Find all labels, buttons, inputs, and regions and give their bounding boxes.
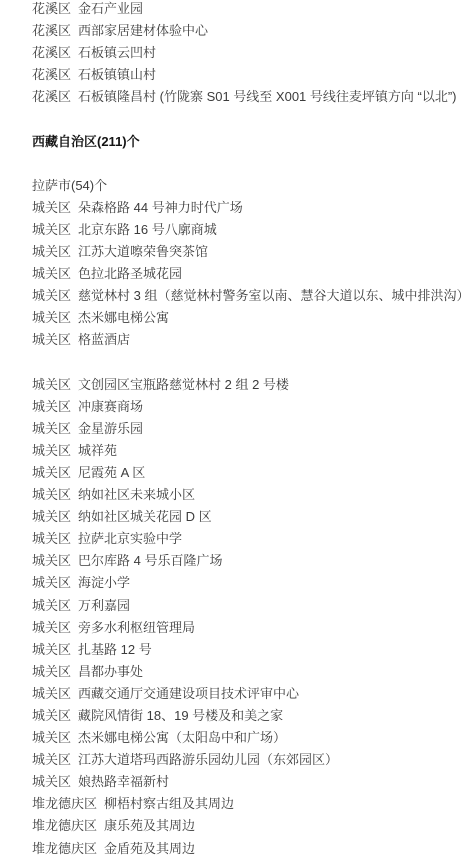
place-label: 藏院风情街 18、19 号楼及和美之家	[78, 708, 283, 723]
list-item: 城关区江苏大道嚓荣鲁突茶馆	[32, 241, 462, 263]
place-label: 杰米娜电梯公寓（太阳岛中和广场）	[78, 730, 286, 745]
province-header: 西藏自治区(211)个	[32, 131, 462, 153]
district-label: 堆龙德庆区	[32, 841, 97, 856]
place-label: 石板镇镇山村	[78, 67, 156, 82]
district-label: 堆龙德庆区	[32, 818, 97, 833]
list-item: 城关区格蓝酒店	[32, 329, 462, 351]
place-label: 康乐苑及其周边	[104, 818, 195, 833]
place-label: 江苏大道嚓荣鲁突茶馆	[78, 244, 208, 259]
place-label: 金星游乐园	[78, 421, 143, 436]
place-label: 西部家居建材体验中心	[78, 23, 208, 38]
district-label: 城关区	[32, 774, 71, 789]
list-item: 花溪区金石产业园	[32, 0, 462, 20]
district-label: 城关区	[32, 443, 71, 458]
place-label: 杰米娜电梯公寓	[78, 310, 169, 325]
list-item: 城关区杰米娜电梯公寓	[32, 307, 462, 329]
district-label: 花溪区	[32, 67, 71, 82]
list-item: 城关区海淀小学	[32, 572, 462, 594]
place-label: 旁多水利枢纽管理局	[78, 620, 195, 635]
district-label: 城关区	[32, 377, 71, 392]
place-label: 冲康赛商场	[78, 399, 143, 414]
place-label: 海淀小学	[78, 575, 130, 590]
blank-line	[32, 108, 462, 130]
district-label: 花溪区	[32, 45, 71, 60]
district-label: 城关区	[32, 575, 71, 590]
city-header: 拉萨市(54)个	[32, 175, 462, 197]
place-label: 拉萨北京实验中学	[78, 531, 182, 546]
place-label: 柳梧村察古组及其周边	[104, 796, 234, 811]
district-label: 城关区	[32, 399, 71, 414]
place-label: 西藏交通厅交通建设项目技术评审中心	[78, 686, 299, 701]
list-item: 城关区纳如社区未来城小区	[32, 484, 462, 506]
list-item: 花溪区西部家居建材体验中心	[32, 20, 462, 42]
place-label: 金盾苑及其周边	[104, 841, 195, 856]
place-label: 文创园区宝瓶路慈觉林村 2 组 2 号楼	[78, 377, 289, 392]
place-label: 慈觉林村 3 组（慈觉林村警务室以南、慧谷大道以东、城中排洪沟）	[78, 288, 462, 303]
list-item: 堆龙德庆区金盾苑及其周边	[32, 838, 462, 860]
district-label: 城关区	[32, 310, 71, 325]
blank-line	[32, 352, 462, 374]
list-item: 堆龙德庆区康乐苑及其周边	[32, 815, 462, 837]
district-label: 城关区	[32, 487, 71, 502]
place-label: 色拉北路圣城花园	[78, 266, 182, 281]
place-label: 纳如社区城关花园 D 区	[78, 509, 212, 524]
list-item: 城关区纳如社区城关花园 D 区	[32, 506, 462, 528]
district-label: 花溪区	[32, 23, 71, 38]
place-label: 北京东路 16 号八廓商城	[78, 222, 217, 237]
district-label: 城关区	[32, 531, 71, 546]
district-label: 城关区	[32, 421, 71, 436]
list-item: 城关区金星游乐园	[32, 418, 462, 440]
district-label: 城关区	[32, 288, 71, 303]
place-label: 格蓝酒店	[78, 332, 130, 347]
list-item: 城关区拉萨北京实验中学	[32, 528, 462, 550]
list-item: 城关区巴尔库路 4 号乐百隆广场	[32, 550, 462, 572]
list-item: 城关区北京东路 16 号八廓商城	[32, 219, 462, 241]
place-label: 江苏大道塔玛西路游乐园幼儿园（东郊园区）	[78, 752, 338, 767]
district-label: 城关区	[32, 730, 71, 745]
place-label: 扎基路 12 号	[78, 642, 152, 657]
list-item: 城关区文创园区宝瓶路慈觉林村 2 组 2 号楼	[32, 374, 462, 396]
place-label: 万利嘉园	[78, 598, 130, 613]
place-label: 朵森格路 44 号神力时代广场	[78, 200, 243, 215]
district-label: 城关区	[32, 553, 71, 568]
district-label: 花溪区	[32, 89, 71, 104]
district-label: 堆龙德庆区	[32, 796, 97, 811]
district-label: 城关区	[32, 686, 71, 701]
place-label: 尼霞苑 A 区	[78, 465, 145, 480]
place-label: 城祥苑	[78, 443, 117, 458]
district-label: 城关区	[32, 200, 71, 215]
district-label: 城关区	[32, 664, 71, 679]
list-item: 堆龙德庆区柳梧村察古组及其周边	[32, 793, 462, 815]
list-item: 城关区万利嘉园	[32, 595, 462, 617]
list-item: 城关区杰米娜电梯公寓（太阳岛中和广场）	[32, 727, 462, 749]
place-label: 巴尔库路 4 号乐百隆广场	[78, 553, 222, 568]
list-item: 城关区扎基路 12 号	[32, 639, 462, 661]
list-item: 城关区娘热路幸福新村	[32, 771, 462, 793]
list-item: 花溪区石板镇隆昌村 (竹陇寨 S01 号线至 X001 号线往麦坪镇方向 “以北…	[32, 86, 462, 108]
district-label: 城关区	[32, 620, 71, 635]
place-label: 昌都办事处	[78, 664, 143, 679]
district-label: 城关区	[32, 244, 71, 259]
list-item: 城关区西藏交通厅交通建设项目技术评审中心	[32, 683, 462, 705]
list-item: 城关区城祥苑	[32, 440, 462, 462]
district-label: 城关区	[32, 509, 71, 524]
district-label: 城关区	[32, 642, 71, 657]
list-item: 城关区朵森格路 44 号神力时代广场	[32, 197, 462, 219]
place-label: 娘热路幸福新村	[78, 774, 169, 789]
list-item: 城关区慈觉林村 3 组（慈觉林村警务室以南、慧谷大道以东、城中排洪沟）	[32, 285, 462, 307]
list-item: 花溪区石板镇云凹村	[32, 42, 462, 64]
list-item: 城关区江苏大道塔玛西路游乐园幼儿园（东郊园区）	[32, 749, 462, 771]
district-label: 城关区	[32, 708, 71, 723]
district-label: 花溪区	[32, 1, 71, 16]
list-item: 城关区色拉北路圣城花园	[32, 263, 462, 285]
blank-line	[32, 153, 462, 175]
district-label: 城关区	[32, 465, 71, 480]
list-item: 城关区昌都办事处	[32, 661, 462, 683]
district-label: 城关区	[32, 266, 71, 281]
place-label: 石板镇云凹村	[78, 45, 156, 60]
list-item: 城关区旁多水利枢纽管理局	[32, 617, 462, 639]
list-item: 城关区冲康赛商场	[32, 396, 462, 418]
list-item: 城关区藏院风情街 18、19 号楼及和美之家	[32, 705, 462, 727]
list-item: 花溪区石板镇镇山村	[32, 64, 462, 86]
place-label: 石板镇隆昌村 (竹陇寨 S01 号线至 X001 号线往麦坪镇方向 “以北”)	[78, 89, 456, 104]
district-label: 城关区	[32, 752, 71, 767]
district-label: 城关区	[32, 598, 71, 613]
district-label: 城关区	[32, 332, 71, 347]
district-label: 城关区	[32, 222, 71, 237]
place-label: 纳如社区未来城小区	[78, 487, 195, 502]
risk-area-document[interactable]: 花溪区金石产业园花溪区西部家居建材体验中心花溪区石板镇云凹村花溪区石板镇镇山村花…	[0, 0, 466, 858]
list-item: 城关区尼霞苑 A 区	[32, 462, 462, 484]
place-label: 金石产业园	[78, 1, 143, 16]
